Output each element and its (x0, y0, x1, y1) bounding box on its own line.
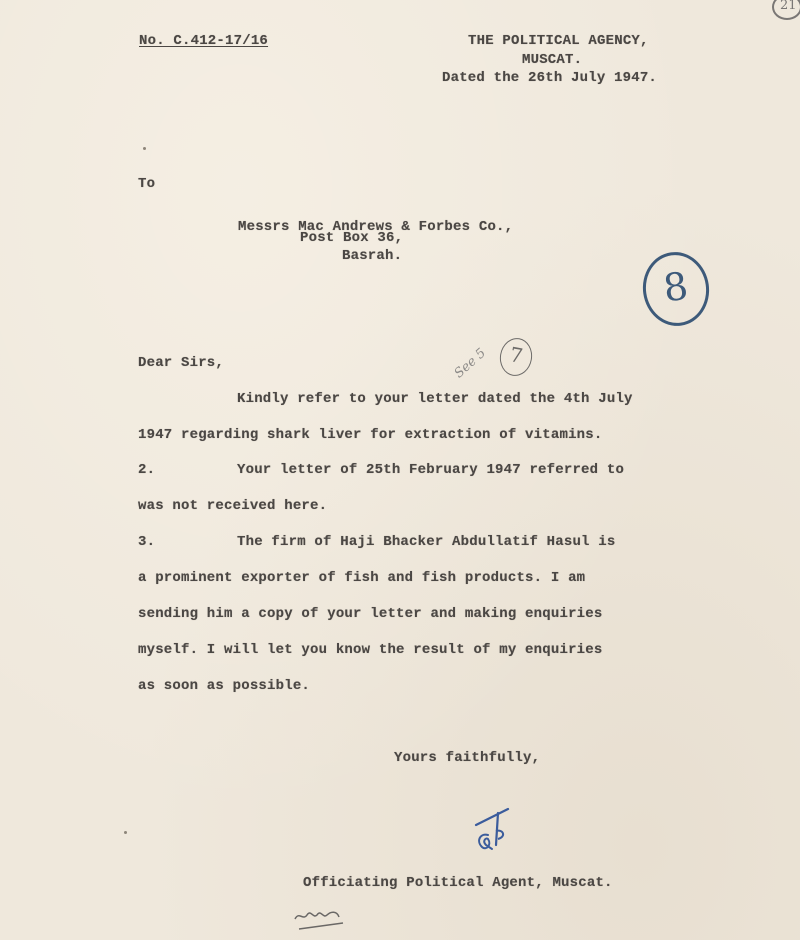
recipient-line-2: Post Box 36, (300, 230, 403, 246)
recipient-line-3: Basrah. (342, 248, 402, 264)
date-line: Dated the 26th July 1947. (442, 70, 657, 86)
salutation: Dear Sirs, (138, 355, 224, 371)
paragraph-3-line-1: The firm of Haji Bhacker Abdullatif Hasu… (237, 534, 615, 550)
corner-folio-mark: 21 (772, 0, 800, 20)
paragraph-3-number: 3. (138, 534, 155, 550)
signatory-title: Officiating Political Agent, Muscat. (303, 875, 613, 891)
closing: Yours faithfully, (394, 750, 540, 766)
folio-number-large: 8 (643, 261, 709, 313)
paragraph-2-line-2: was not received here. (138, 498, 327, 514)
sender-line-2: MUSCAT. (522, 52, 582, 68)
folio-circle-large: 8 (638, 248, 714, 330)
signature-icon (470, 805, 520, 857)
initials-icon (293, 903, 353, 931)
paragraph-3-line-4: myself. I will let you know the result o… (138, 642, 602, 658)
paragraph-1-line-2: 1947 regarding shark liver for extractio… (138, 427, 602, 443)
paragraph-2-number: 2. (138, 462, 155, 478)
paper-speck (124, 831, 127, 834)
paragraph-3-line-5: as soon as possible. (138, 678, 310, 694)
scanned-letter-page: No. C.412-17/16 THE POLITICAL AGENCY, MU… (0, 0, 800, 940)
sender-line-1: THE POLITICAL AGENCY, (468, 33, 649, 49)
folio-number-small: 7 (499, 341, 533, 370)
reference-number: No. C.412-17/16 (139, 33, 268, 49)
paragraph-2-line-1: Your letter of 25th February 1947 referr… (237, 462, 624, 478)
corner-folio-number: 21 (780, 0, 797, 13)
paper-speck (143, 147, 146, 150)
marginal-pencil-note: See 5 (452, 346, 489, 382)
paragraph-1-line-1: Kindly refer to your letter dated the 4t… (237, 391, 633, 407)
folio-circle-small: 7 (497, 336, 535, 379)
to-label: To (138, 176, 155, 192)
paragraph-3-line-2: a prominent exporter of fish and fish pr… (138, 570, 585, 586)
paragraph-3-line-3: sending him a copy of your letter and ma… (138, 606, 602, 622)
